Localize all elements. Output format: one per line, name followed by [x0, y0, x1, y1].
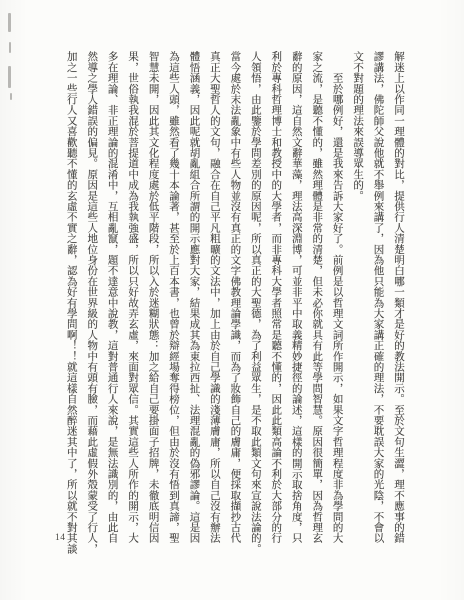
scan-artifact	[9, 42, 11, 53]
text-column-9: 當今處於末法亂象中有些人物並沒有真正的文字佛教理論學識，而為了妝飾自己的膚庸，便…	[224, 51, 244, 555]
text-column-3: 文不對題的理法來誤導眾生的。	[347, 51, 367, 555]
text-column-12: 為這些人頭，雖然看了幾十本論著，甚至於上百本書，也曾於辯經場奪得榜位，但由於沒有…	[163, 51, 183, 555]
text-column-2: 謬講法，佛陀師父說他就不舉例來講了，因為他只能為大家講正確的理法，不要耽誤大家的…	[367, 51, 387, 555]
text-column-7: 利於專科哲理博士和教授中的大學者，而非專科大學者照常是聽不懂的，因此此類高論不利…	[265, 51, 285, 555]
text-column-8: 人領悟，由此鑒於學問差別的原因呢，所以真正的大聖德，為了利益眾生，是不取此類文句…	[244, 51, 264, 555]
text-column-4: 至於哪例好，還是我來告訴大家好了。前例是以哲理文詞所作開示，如果文字哲理程度非為…	[326, 51, 346, 555]
text-column-6: 辭的原因，這自然文辭華藻，理法高深淵博，可並非平中取義精妙捷徑的論述，這樣的開示…	[285, 51, 305, 555]
page-number: 14	[55, 533, 66, 543]
text-column-17: 加之一些行人又喜歡聽不懂的玄虛不實之辭，認為好有學問啊！！就這樣自然醉迷其中了，…	[60, 51, 80, 555]
text-column-14: 果，世俗執我混於菩提道中成為我執強盛，所以只好故弄玄虛，來面對眾信。其實這些人所…	[122, 51, 142, 555]
scan-artifact	[10, 93, 12, 100]
text-column-10: 真正大聖哲人的文句，融合在自己平凡粗曠的文法中，加上由於自己學識的淺薄膚庸，所以…	[203, 51, 223, 555]
scan-artifact	[8, 66, 11, 88]
text-column-5: 家之流，是聽不懂的，雖然理體是非常的清楚，但未必你就具有此等學問智慧。原因很簡單…	[306, 51, 326, 555]
text-column-11: 體悟涵義，因此呢就胡亂組合所謂的開示應對大家，結果成其為東拉西扯、法理混亂的偽邪…	[183, 51, 203, 555]
text-column-16: 然導之學人錯誤的偏見。原因是這些人地位身份在世界級的人物中有頭有臉，而藉此虛假外…	[81, 51, 101, 555]
text-column-13: 智慧未開，因此其文化程度處於低平階段，所以入於迷糊狀態：加之給自己要掛面子招牌，…	[142, 51, 162, 555]
scanned-page: 解迷上以作同一理體的對比，提供行人清楚明白哪一類才是好的教法開示。至於文句生澀，…	[0, 0, 464, 600]
text-column-1: 解迷上以作同一理體的對比，提供行人清楚明白哪一類才是好的教法開示。至於文句生澀，…	[388, 51, 408, 555]
body-text: 解迷上以作同一理體的對比，提供行人清楚明白哪一類才是好的教法開示。至於文句生澀，…	[58, 51, 408, 555]
text-column-15: 多在理論、非正理論的混淆中，互相亂竄，題不達意中說教，這對普通行人來說，是無法識…	[101, 51, 121, 555]
scan-artifact	[8, 13, 11, 32]
